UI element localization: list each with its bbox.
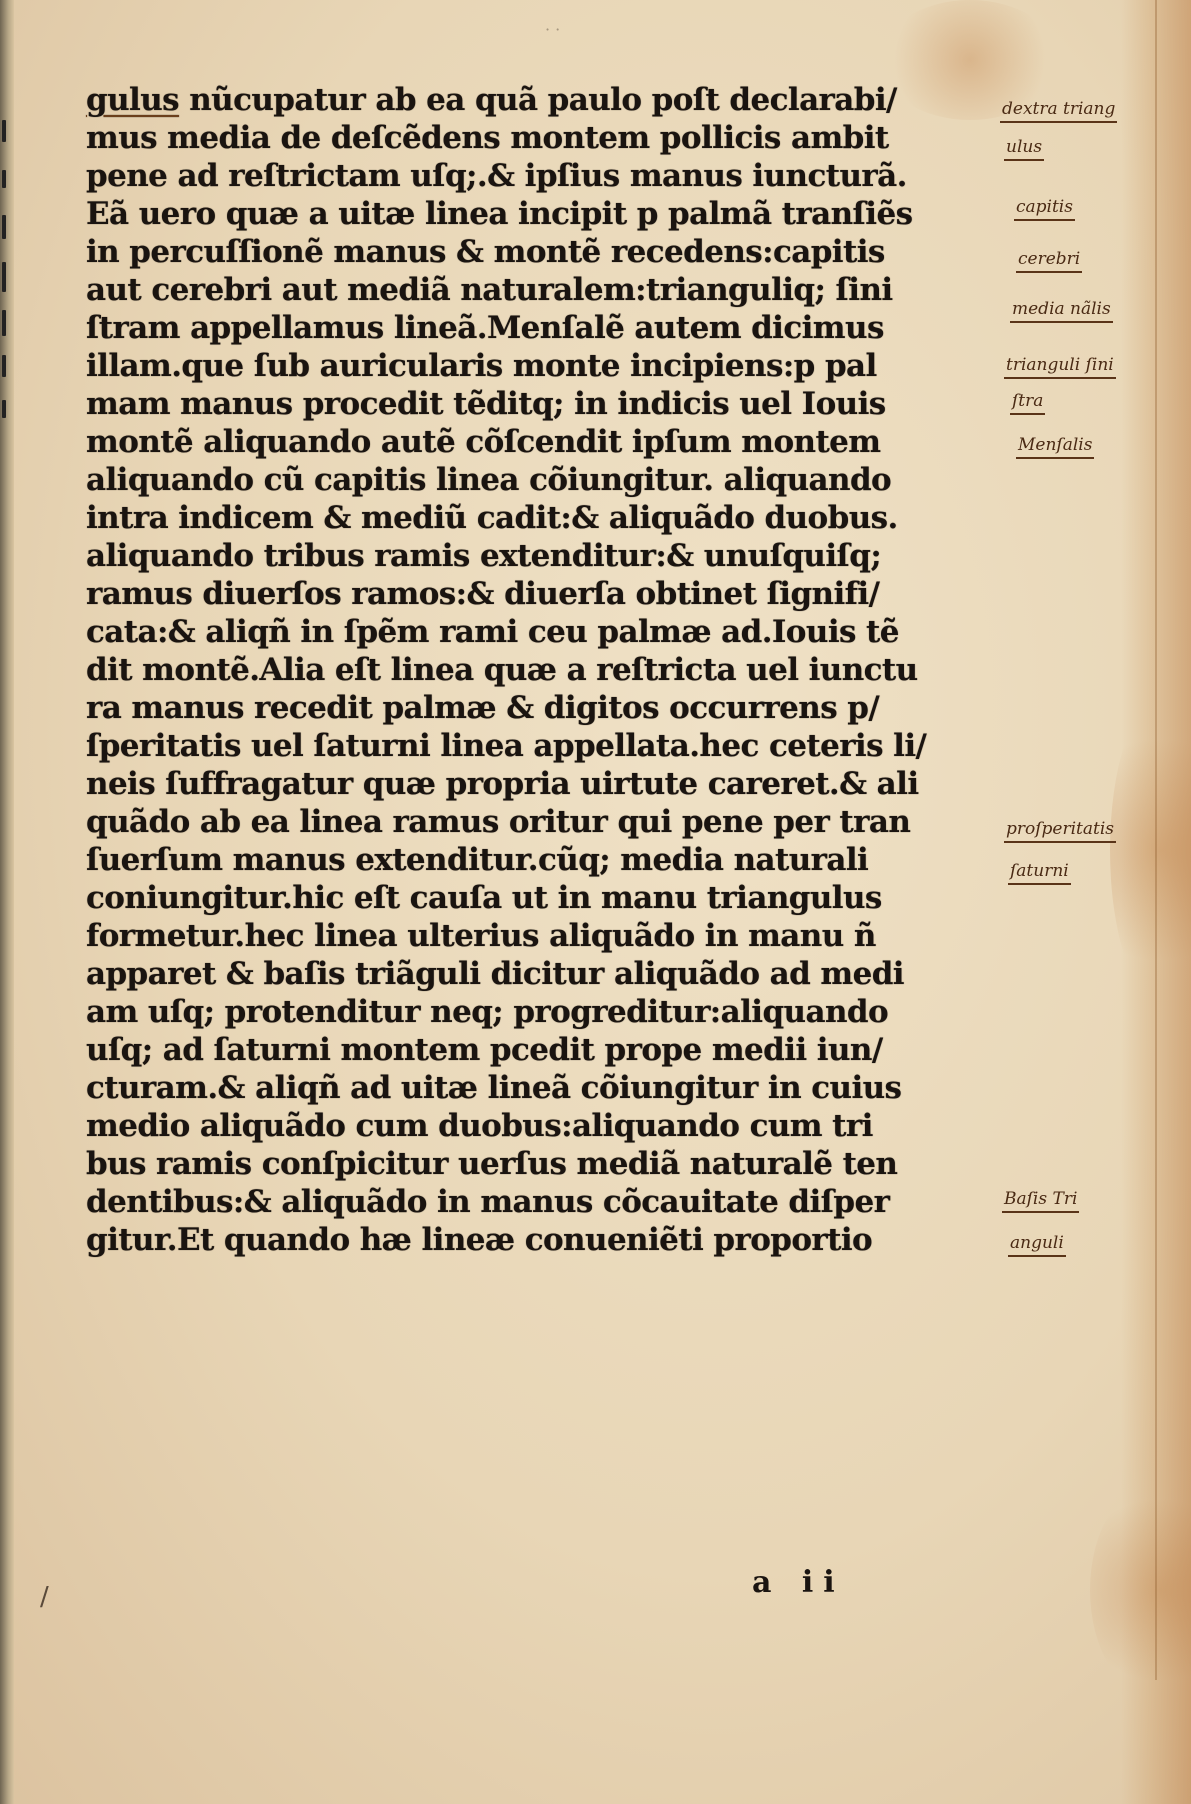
text-line: quãdo ab ea linea ramus oritur qui pene … [86, 802, 910, 842]
facing-page-glyph [2, 170, 6, 188]
text-line: medio aliquãdo cum duobus:aliquando cum … [86, 1106, 873, 1146]
signature-mark: a ii [752, 1565, 845, 1600]
text-line: ſuerſum manus extenditur.cũq; media natu… [86, 840, 868, 880]
text-line: neis ſuffragatur quæ propria uirtute car… [86, 764, 919, 804]
text-line: gulus nũcupatur ab ea quã paulo poſt dec… [86, 80, 897, 120]
facing-page-glyph [2, 400, 6, 418]
bleed-through-mark: · · [545, 20, 560, 39]
text-line: gitur.Et quando hæ lineæ conueniẽti prop… [86, 1220, 872, 1260]
text-line: dit montẽ.Alia eſt linea quæ a reſtricta… [86, 650, 918, 690]
facing-page-glyph [2, 120, 6, 142]
text-line: cturam.& aliqñ ad uitæ lineã cõiungitur … [86, 1068, 901, 1108]
text-line: ra manus recedit palmæ & digitos occurre… [86, 688, 879, 728]
line-text: nũcupatur ab ea quã paulo poſt declarabi… [189, 82, 897, 118]
marginal-note: capitis [1014, 196, 1075, 221]
left-gutter-facing-page [0, 0, 14, 1804]
right-page-edge [1121, 0, 1191, 1804]
text-line: mus media de deſcẽdens montem pollicis a… [86, 118, 889, 158]
text-line: am uſq; protenditur neq; progreditur:ali… [86, 992, 888, 1032]
text-line: montẽ aliquando autẽ cõſcendit ipſum mon… [86, 422, 881, 462]
underlined-word: gulus [86, 82, 179, 118]
text-line: coniungitur.hic eſt cauſa ut in manu tri… [86, 878, 882, 918]
facing-page-glyph [2, 355, 6, 377]
text-line: ſtram appellamus lineã.Menſalẽ autem dic… [86, 308, 884, 348]
marginal-note: proſperitatis [1004, 818, 1116, 843]
facing-page-glyph [2, 262, 6, 292]
text-line: in percuſſionẽ manus & montẽ recedens:ca… [86, 232, 885, 272]
marginal-note: ſtra [1010, 390, 1045, 415]
page-crease [1155, 0, 1157, 1680]
text-line: intra indicem & mediũ cadit:& aliquãdo d… [86, 498, 898, 538]
marginal-note: Menſalis [1016, 434, 1094, 459]
marginal-note: ulus [1004, 136, 1044, 161]
marginal-note: ſaturni [1008, 860, 1071, 885]
marginal-note: Baſis Tri [1002, 1188, 1079, 1213]
text-line: cata:& aliqñ in ſpẽm rami ceu palmæ ad.I… [86, 612, 899, 652]
text-line: formetur.hec linea ulterius aliquãdo in … [86, 916, 876, 956]
marginal-note: anguli [1008, 1232, 1066, 1257]
text-line: uſq; ad ſaturni montem pcedit prope medi… [86, 1030, 883, 1070]
text-line: aliquando tribus ramis extenditur:& unuſ… [86, 536, 881, 576]
text-line: pene ad reſtrictam uſq;.& ipſius manus i… [86, 156, 907, 196]
scanned-page: · · gulus nũcupatur ab ea quã paulo poſt… [0, 0, 1191, 1804]
text-line: bus ramis conſpicitur uerſus mediã natur… [86, 1144, 897, 1184]
text-line: illam.que ſub auricularis monte incipien… [86, 346, 877, 386]
text-line: apparet & baſis triãguli dicitur aliquãd… [86, 954, 904, 994]
text-line: ſperitatis uel ſaturni linea appellata.h… [86, 726, 926, 766]
text-line: mam manus procedit tẽditq; in indicis ue… [86, 384, 886, 424]
marginal-note: media nãlis [1010, 298, 1113, 323]
text-line: ramus diuerſos ramos:& diuerſa obtinet ſ… [86, 574, 879, 614]
marginal-note: trianguli ſini [1004, 354, 1116, 379]
text-line: Eã uero quæ a uitæ linea incipit p palmã… [86, 194, 912, 234]
marginal-note: dextra triang [1000, 98, 1117, 123]
text-line: aliquando cũ capitis linea cõiungitur. a… [86, 460, 891, 500]
marginal-note: cerebri [1016, 248, 1082, 273]
text-line: dentibus:& aliquãdo in manus cõcauitate … [86, 1182, 889, 1222]
text-line: aut cerebri aut mediã naturalem:triangul… [86, 270, 893, 310]
facing-page-glyph [2, 215, 6, 239]
facing-page-glyph [2, 310, 6, 336]
marginal-pen-stroke: / [40, 1582, 49, 1612]
